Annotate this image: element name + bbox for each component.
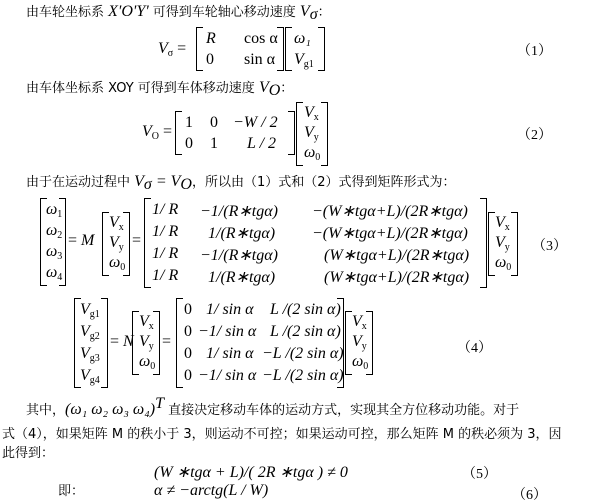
var-sub: σ — [310, 6, 318, 23]
var-sub: O — [269, 82, 281, 99]
text: 其中， — [26, 403, 65, 418]
eq4-lhs-vector: Vg1 Vg2 Vg3 Vg4 — [74, 298, 108, 388]
var: V — [134, 173, 144, 190]
text: 由车轮坐标系 — [26, 5, 108, 20]
paragraph-explanation-3: 此得到： — [2, 446, 54, 462]
var: = V — [152, 173, 181, 190]
eq4-mid-vector: Vx Vy ω0 — [132, 311, 160, 375]
paragraph-body-frame: 由车体坐标系 XOY 可得到车体移动速度 VO： — [26, 80, 293, 97]
text: 直接决定移动车体的运动方式，实现其全方位移动功能。对于 — [164, 403, 519, 418]
eq2-vector: Vx Vy ω0 — [296, 102, 328, 166]
transpose-sup: T — [155, 395, 164, 412]
eq1-lhs: Vσ = — [158, 40, 186, 58]
eq5-number: （5） — [462, 463, 497, 483]
var-sub: σ — [144, 176, 152, 193]
text: ： — [318, 5, 331, 20]
paragraph-explanation-2: 式（4），如果矩阵 M 的秩小于 3，则运动不可控；如果运动可控，那么矩阵 M … — [2, 427, 562, 443]
eq2-matrix: 1 0 −W / 2 0 1 L / 2 — [175, 111, 295, 155]
equation-6: α ≠ −arctg(L / W) — [154, 482, 268, 500]
coord-label: X'O'Y' — [108, 3, 149, 20]
eq2-lhs: VO = — [142, 123, 172, 141]
eq6-number: （6） — [512, 484, 547, 502]
text: ，所以由（1）式和（2）式得到矩阵形式为： — [192, 175, 456, 190]
eq4-equals: = — [162, 333, 171, 351]
var: V — [259, 79, 269, 96]
text: 可得到车轮轴心移动速度 — [149, 5, 300, 20]
eq3-number: （3） — [532, 235, 567, 255]
equation-5: (W ∗tgα + L)/( 2R ∗tgα ) ≠ 0 — [154, 462, 348, 482]
var: V — [300, 3, 310, 20]
text: 由于在运动过程中 — [26, 175, 134, 190]
ie-label: 即： — [58, 484, 84, 500]
eq4-number: （4） — [457, 337, 492, 357]
eq1-number: （1） — [517, 40, 552, 60]
eq1-vector: ω₁ Vg1 — [285, 27, 325, 71]
eq4-matrix: 0 1/ sin α L /(2 sin α) 0 −1/ sin α L /(… — [176, 298, 344, 388]
eq4-vector: Vx Vy ω0 — [345, 311, 373, 375]
eq3-operator: = M — [68, 232, 94, 250]
eq4-operator: = N — [110, 333, 134, 351]
paragraph-equality: 由于在运动过程中 Vσ = VO，所以由（1）式和（2）式得到矩阵形式为： — [26, 174, 456, 191]
paragraph-explanation-1: 其中，(ω₁ ω₂ ω₃ ω₄)T 直接决定移动车体的运动方式，实现其全方位移动… — [26, 402, 519, 419]
eq3-lhs-vector: ω1 ω2 ω3 ω4 — [40, 198, 66, 286]
eq3-vector: Vx Vy ω0 — [488, 212, 518, 276]
paragraph-wheel-frame: 由车轮坐标系 X'O'Y' 可得到车轮轴心移动速度 Vσ： — [26, 4, 331, 21]
text: 由车体坐标系 XOY 可得到车体移动速度 — [26, 81, 259, 96]
eq3-matrix: 1/ R −1/(R∗tgα) −(W∗tgα+L)/(2R∗tgα) 1/ R… — [144, 198, 487, 288]
var-sub: O — [180, 176, 192, 193]
text: ： — [280, 81, 293, 96]
omega-vector: (ω₁ ω₂ ω₃ ω₄) — [65, 401, 155, 418]
eq2-number: （2） — [517, 124, 552, 144]
eq1-matrix: R cos α 0 sin α — [196, 27, 284, 71]
eq3-equals: = — [132, 232, 141, 250]
eq3-mid-vector: Vx Vy ω0 — [102, 212, 130, 276]
